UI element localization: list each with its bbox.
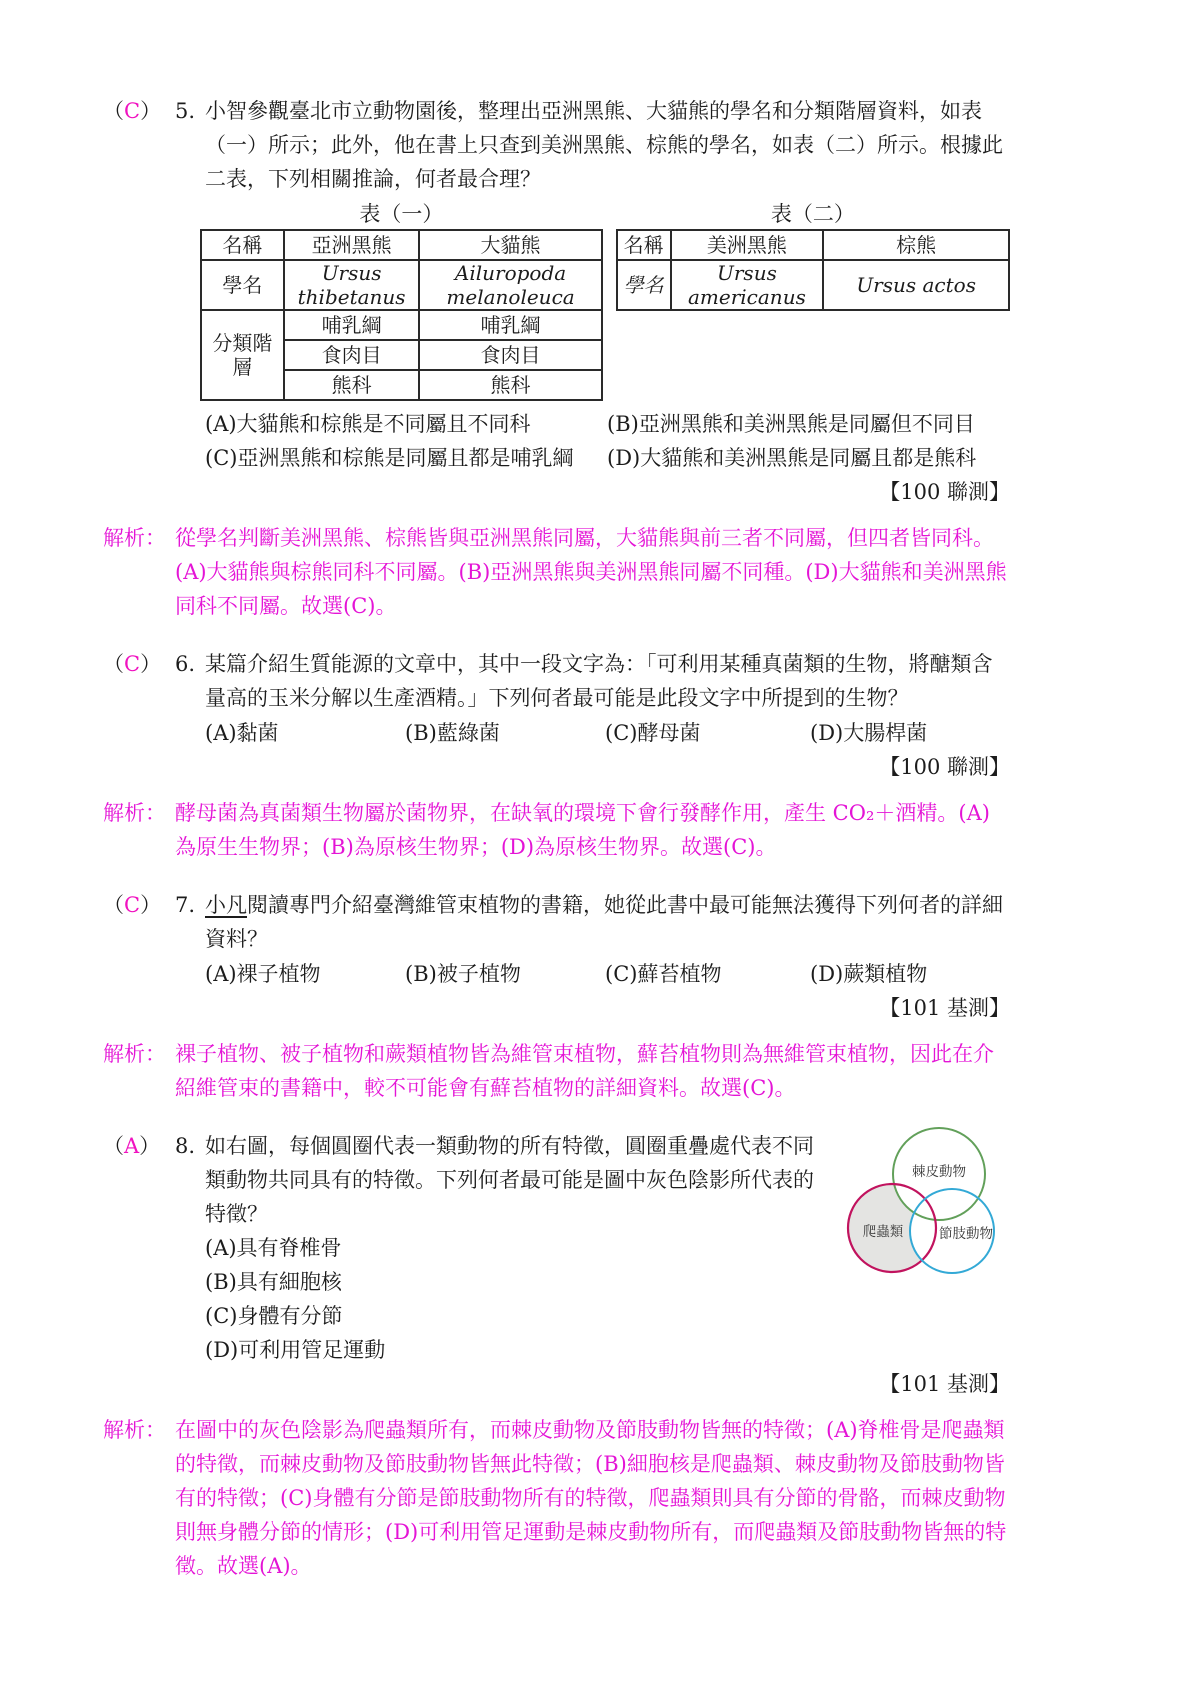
cell-class-2: 哺乳綱: [419, 310, 601, 340]
cell-order-2: 食肉目: [419, 340, 601, 370]
option-c: (C)蘚苔植物: [605, 957, 810, 991]
paren-close: ）: [139, 1134, 160, 1158]
analysis-text-q8: 在圖中的灰色陰影為爬蟲類所有，而棘皮動物及節肢動物皆無的特徵；(A)脊椎骨是爬蟲…: [175, 1413, 1010, 1583]
cell-american-black-bear: 美洲黑熊: [671, 230, 824, 260]
option-b: (B)亞洲黑熊和美洲黑熊是同屬但不同目: [607, 407, 1010, 441]
answer-letter-q7: C: [124, 893, 140, 917]
echinoderm-label: 棘皮動物: [912, 1163, 966, 1180]
reptile-label: 爬蟲類: [863, 1223, 904, 1240]
arthropod-label: 節肢動物: [939, 1225, 993, 1242]
option-d: (D)大腸桿菌: [810, 716, 1010, 750]
cell-family-1: 熊科: [284, 370, 420, 400]
paren-open: （: [103, 893, 124, 917]
option-b: (B)藍綠菌: [405, 716, 605, 750]
question-text-q7: 閱讀專門介紹臺灣維管束植物的書籍，她從此書中最可能無法獲得下列何者的詳細資料？: [205, 893, 1003, 951]
table-row: 名稱 美洲黑熊 棕熊: [617, 230, 1009, 260]
question-7: （C） 7. 小凡閱讀專門介紹臺灣維管束植物的書籍，她從此書中最可能無法獲得下列…: [103, 888, 1010, 1025]
options-q5: (A)大貓熊和棕熊是不同屬且不同科 (B)亞洲黑熊和美洲黑熊是同屬但不同目 (C…: [205, 407, 1010, 475]
option-d: (D)蕨類植物: [810, 957, 1010, 991]
cell-taxonomy-header: 分類階層: [201, 310, 284, 400]
options-q7: (A)裸子植物 (B)被子植物 (C)蘚苔植物 (D)蕨類植物: [205, 957, 1010, 991]
cell-giant-panda: 大貓熊: [419, 230, 601, 260]
paren-close: ）: [140, 893, 161, 917]
analysis-label: 解析：: [103, 521, 175, 623]
cell-name-header: 名稱: [617, 230, 671, 260]
answer-mark-q5: （C）: [103, 94, 175, 509]
option-c: (C)亞洲黑熊和棕熊是同屬且都是哺乳綱: [205, 441, 607, 475]
cell-ursus-thibetanus: Ursus thibetanus: [284, 260, 420, 310]
question-number-q6: 6.: [175, 647, 205, 784]
underlined-name: 小凡: [205, 893, 247, 917]
table-one: 名稱 亞洲黑熊 大貓熊 學名 Ursus thibetanus Ailuropo…: [200, 229, 603, 401]
analysis-q6: 解析： 酵母菌為真菌類生物屬於菌物界，在缺氧的環境下會行發酵作用，產生 CO₂＋…: [103, 796, 1010, 864]
source-tag-q7: 【101 基測】: [205, 991, 1010, 1025]
paren-open: （: [103, 652, 124, 676]
question-text-q5: 小智參觀臺北市立動物園後，整理出亞洲黑熊、大貓熊的學名和分類階層資料，如表（一）…: [205, 99, 1003, 191]
venn-diagram: 棘皮動物 爬蟲類 節肢動物: [842, 1119, 1010, 1281]
analysis-q5: 解析： 從學名判斷美洲黑熊、棕熊皆與亞洲黑熊同屬，大貓熊與前三者不同屬，但四者皆…: [103, 521, 1010, 623]
cell-family-2: 熊科: [419, 370, 601, 400]
option-a: (A)裸子植物: [205, 957, 405, 991]
table-two: 名稱 美洲黑熊 棕熊 學名 Ursus americanus Ursus act…: [616, 229, 1010, 311]
option-a: (A)大貓熊和棕熊是不同屬且不同科: [205, 407, 607, 441]
question-text-q6: 某篇介紹生質能源的文章中，其中一段文字為：「可利用某種真菌類的生物，將醣類含量高…: [205, 652, 993, 710]
cell-ursus-actos: Ursus actos: [823, 260, 1009, 310]
exam-page: （C） 5. 小智參觀臺北市立動物園後，整理出亞洲黑熊、大貓熊的學名和分類階層資…: [0, 0, 1191, 1684]
question-text-q8: 如右圖，每個圓圈代表一類動物的所有特徵，圓圈重疊處代表不同類動物共同具有的特徵。…: [205, 1134, 814, 1226]
analysis-text-q6: 酵母菌為真菌類生物屬於菌物界，在缺氧的環境下會行發酵作用，產生 CO₂＋酒精。(…: [175, 796, 1010, 864]
cell-order-1: 食肉目: [284, 340, 420, 370]
answer-mark-q7: （C）: [103, 888, 175, 1025]
answer-letter-q8: A: [124, 1134, 139, 1158]
analysis-text-q5: 從學名判斷美洲黑熊、棕熊皆與亞洲黑熊同屬，大貓熊與前三者不同屬，但四者皆同科。(…: [175, 521, 1010, 623]
option-d: (D)可利用管足運動: [205, 1333, 1010, 1367]
analysis-text-q7: 裸子植物、被子植物和蕨類植物皆為維管束植物，蘚苔植物則為無維管束植物，因此在介紹…: [175, 1037, 1010, 1105]
option-d: (D)大貓熊和美洲黑熊是同屬且都是熊科: [607, 441, 1010, 475]
option-a: (A)黏菌: [205, 716, 405, 750]
source-tag-q5: 【100 聯測】: [205, 475, 1010, 509]
cell-sciname-header: 學名: [617, 260, 671, 310]
cell-name-header: 名稱: [201, 230, 284, 260]
table-row: 分類階層 哺乳綱 哺乳綱: [201, 310, 602, 340]
analysis-label: 解析：: [103, 1037, 175, 1105]
table-two-wrap: 表（二） 名稱 美洲黑熊 棕熊 學名 Ursus americanus Ursu…: [616, 199, 1010, 311]
table-one-caption: 表（一）: [200, 199, 603, 229]
analysis-q7: 解析： 裸子植物、被子植物和蕨類植物皆為維管束植物，蘚苔植物則為無維管束植物，因…: [103, 1037, 1010, 1105]
question-number-q7: 7.: [175, 888, 205, 1025]
question-number-q8: 8.: [175, 1129, 205, 1401]
paren-close: ）: [140, 99, 161, 123]
option-c: (C)酵母菌: [605, 716, 810, 750]
question-6: （C） 6. 某篇介紹生質能源的文章中，其中一段文字為：「可利用某種真菌類的生物…: [103, 647, 1010, 784]
paren-close: ）: [140, 652, 161, 676]
paren-open: （: [103, 99, 124, 123]
cell-ailuropoda: Ailuropoda melanoleuca: [419, 260, 601, 310]
answer-letter-q5: C: [124, 99, 140, 123]
cell-asian-black-bear: 亞洲黑熊: [284, 230, 420, 260]
analysis-q8: 解析： 在圖中的灰色陰影為爬蟲類所有，而棘皮動物及節肢動物皆無的特徵；(A)脊椎…: [103, 1413, 1010, 1583]
exam-content: （C） 5. 小智參觀臺北市立動物園後，整理出亞洲黑熊、大貓熊的學名和分類階層資…: [103, 0, 1010, 1583]
question-body-q7: 小凡閱讀專門介紹臺灣維管束植物的書籍，她從此書中最可能無法獲得下列何者的詳細資料…: [205, 888, 1010, 1025]
paren-open: （: [103, 1134, 124, 1158]
cell-class-1: 哺乳綱: [284, 310, 420, 340]
cell-ursus-americanus: Ursus americanus: [671, 260, 824, 310]
question-body-q5: 小智參觀臺北市立動物園後，整理出亞洲黑熊、大貓熊的學名和分類階層資料，如表（一）…: [205, 94, 1010, 509]
analysis-label: 解析：: [103, 796, 175, 864]
table-row: 學名 Ursus americanus Ursus actos: [617, 260, 1009, 310]
question-body-q6: 某篇介紹生質能源的文章中，其中一段文字為：「可利用某種真菌類的生物，將醣類含量高…: [205, 647, 1010, 784]
source-tag-q6: 【100 聯測】: [205, 750, 1010, 784]
answer-letter-q6: C: [124, 652, 140, 676]
options-q6: (A)黏菌 (B)藍綠菌 (C)酵母菌 (D)大腸桿菌: [205, 716, 1010, 750]
question-5: （C） 5. 小智參觀臺北市立動物園後，整理出亞洲黑熊、大貓熊的學名和分類階層資…: [103, 94, 1010, 509]
table-two-caption: 表（二）: [616, 199, 1010, 229]
source-tag-q8: 【101 基測】: [205, 1367, 1010, 1401]
question-body-q8: 棘皮動物 爬蟲類 節肢動物 如右圖，每個圓圈代表一類動物的所有特徵，圓圈重疊處代…: [205, 1129, 1010, 1401]
analysis-label: 解析：: [103, 1413, 175, 1583]
table-row: 名稱 亞洲黑熊 大貓熊: [201, 230, 602, 260]
question-8: （A） 8. 棘皮動物 爬蟲類 節肢動物: [103, 1129, 1010, 1401]
answer-mark-q8: （A）: [103, 1129, 175, 1401]
answer-mark-q6: （C）: [103, 647, 175, 784]
option-b: (B)被子植物: [405, 957, 605, 991]
table-one-wrap: 表（一） 名稱 亞洲黑熊 大貓熊 學名 Ursus thibetanus Ail…: [200, 199, 603, 401]
cell-sciname-header: 學名: [201, 260, 284, 310]
cell-brown-bear: 棕熊: [823, 230, 1009, 260]
table-row: 學名 Ursus thibetanus Ailuropoda melanoleu…: [201, 260, 602, 310]
option-c: (C)身體有分節: [205, 1299, 1010, 1333]
classification-tables: 表（一） 名稱 亞洲黑熊 大貓熊 學名 Ursus thibetanus Ail…: [200, 199, 1010, 401]
